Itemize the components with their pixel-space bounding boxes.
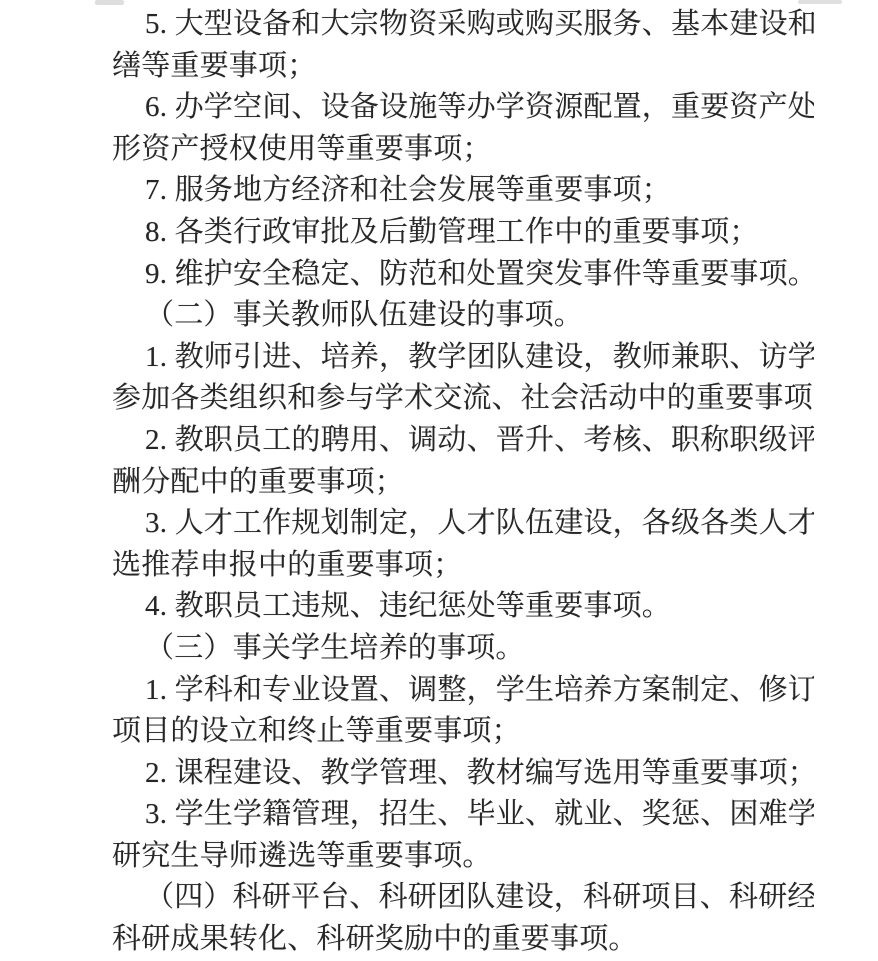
text-line: （二）事关教师队伍建设的事项。 <box>112 295 814 337</box>
text-line: 科研成果转化、科研奖励中的重要事项。 <box>112 919 814 961</box>
text-line: 2. 教职员工的聘用、调动、晋升、考核、职称职级评定、薪 <box>112 420 814 462</box>
text-line: 9. 维护安全稳定、防范和处置突发事件等重要事项。 <box>112 254 814 296</box>
text-line: 1. 学科和专业设置、调整，学生培养方案制定、修订，培养 <box>112 670 814 712</box>
text-line: 酬分配中的重要事项； <box>112 462 814 504</box>
text-line: （四）科研平台、科研团队建设，科研项目、科研经费管理， <box>112 877 814 919</box>
text-line: 3. 人才工作规划制定，人才队伍建设，各级各类人才计划人 <box>112 503 814 545</box>
text-line: 6. 办学空间、设备设施等办学资源配置，重要资产处置，无 <box>112 87 814 129</box>
text-line: 5. 大型设备和大宗物资采购或购买服务、基本建设和基建修 <box>112 4 814 46</box>
text-line: （三）事关学生培养的事项。 <box>112 628 814 670</box>
text-line: 3. 学生学籍管理，招生、毕业、就业、奖惩、困难学生帮扶， <box>112 794 814 836</box>
document-page: 5. 大型设备和大宗物资采购或购买服务、基本建设和基建修缮等重要事项；6. 办学… <box>0 0 878 961</box>
text-line: 参加各类组织和参与学术交流、社会活动中的重要事项； <box>112 378 814 420</box>
text-line: 研究生导师遴选等重要事项。 <box>112 836 814 878</box>
text-line: 1. 教师引进、培养，教学团队建设，教师兼职、访学、进修、 <box>112 337 814 379</box>
document-body: 5. 大型设备和大宗物资采购或购买服务、基本建设和基建修缮等重要事项；6. 办学… <box>112 4 814 961</box>
text-line: 8. 各类行政审批及后勤管理工作中的重要事项； <box>112 212 814 254</box>
text-line: 4. 教职员工违规、违纪惩处等重要事项。 <box>112 586 814 628</box>
text-line: 2. 课程建设、教学管理、教材编写选用等重要事项； <box>112 753 814 795</box>
text-line: 7. 服务地方经济和社会发展等重要事项； <box>112 170 814 212</box>
text-line: 形资产授权使用等重要事项； <box>112 129 814 171</box>
text-line: 项目的设立和终止等重要事项； <box>112 711 814 753</box>
text-line: 缮等重要事项； <box>112 46 814 88</box>
text-line: 选推荐申报中的重要事项； <box>112 545 814 587</box>
